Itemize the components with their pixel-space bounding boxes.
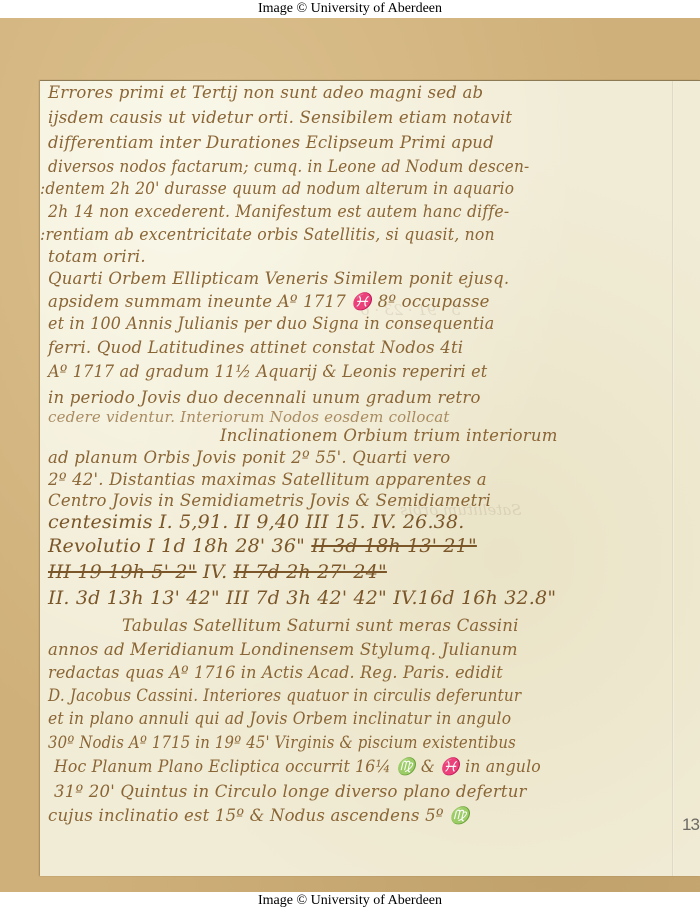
- struck-text: II 3d 18h 13' 21": [311, 535, 477, 557]
- mounting-board: 5 · 91 · 23 · 6 Satellitum orbis Errores…: [0, 18, 700, 892]
- manuscript-line-15-insertion: cedere videntur. Interiorum Nodos eosdem…: [48, 407, 450, 427]
- manuscript-line-3: differentiam inter Durationes Eclipseum …: [48, 133, 494, 153]
- manuscript-line-14: in periodo Jovis duo decennali unum grad…: [48, 388, 481, 408]
- manuscript-line-16: Inclinationem Orbium trium interiorum: [220, 426, 558, 446]
- manuscript-line-21: Revolutio I 1d 18h 28' 36" II 3d 18h 13'…: [48, 536, 477, 556]
- struck-text: II 7d 2h 27' 24": [234, 561, 387, 583]
- manuscript-line-8: totam oriri.: [48, 247, 146, 267]
- manuscript-line-6: 2h 14 non excederent. Manifestum est aut…: [48, 202, 509, 222]
- manuscript-line-13: Aº 1717 ad gradum 11½ Aquarij & Leonis r…: [48, 362, 487, 382]
- manuscript-line-23: II. 3d 13h 13' 42" III 7d 3h 42' 42" IV.…: [48, 588, 556, 608]
- manuscript-line-2: ijsdem causis ut videtur orti. Sensibile…: [48, 108, 512, 128]
- manuscript-line-20: centesimis I. 5,91. II 9,40 III 15. IV. …: [48, 512, 465, 532]
- manuscript-line-17: ad planum Orbis Jovis ponit 2º 55'. Quar…: [48, 448, 450, 468]
- image-credit-bottom: Image © University of Aberdeen: [0, 892, 700, 910]
- manuscript-line-1: Errores primi et Tertij non sunt adeo ma…: [48, 83, 483, 103]
- manuscript-line-32: cujus inclinatio est 15º & Nodus ascende…: [48, 806, 470, 826]
- manuscript-line-26: redactas quas Aº 1716 in Actis Acad. Reg…: [48, 663, 503, 683]
- struck-text: III 19 19h 5' 2": [48, 561, 197, 583]
- folio-number: 13: [682, 815, 699, 835]
- iv-label: IV.: [203, 561, 234, 583]
- manuscript-line-9: Quarti Orbem Ellipticam Veneris Similem …: [48, 269, 509, 289]
- manuscript-line-29: 30º Nodis Aº 1715 in 19º 45' Virginis & …: [48, 733, 516, 753]
- manuscript-line-7: :rentiam ab excentricitate orbis Satelli…: [40, 225, 495, 245]
- manuscript-line-19: Centro Jovis in Semidiametris Jovis & Se…: [48, 491, 491, 511]
- manuscript-line-27: D. Jacobus Cassini. Interiores quatuor i…: [48, 686, 521, 706]
- manuscript-line-31: 31º 20' Quintus in Circulo longe diverso…: [54, 782, 527, 802]
- manuscript-line-24: Tabulas Satellitum Saturni sunt meras Ca…: [122, 616, 519, 636]
- manuscript-line-22: III 19 19h 5' 2" IV. II 7d 2h 27' 24": [48, 562, 387, 582]
- manuscript-line-25: annos ad Meridianum Londinensem Stylumq.…: [48, 640, 518, 660]
- revolutio-text: Revolutio I 1d 18h 28' 36": [48, 535, 305, 557]
- manuscript-line-18: 2º 42'. Distantias maximas Satellitum ap…: [48, 470, 487, 490]
- manuscript-line-11: et in 100 Annis Julianis per duo Signa i…: [48, 314, 494, 334]
- manuscript-line-4: diversos nodos factarum; cumq. in Leone …: [48, 157, 529, 177]
- manuscript-page: 5 · 91 · 23 · 6 Satellitum orbis Errores…: [40, 80, 700, 876]
- manuscript-line-28: et in plano annuli qui ad Jovis Orbem in…: [48, 709, 511, 729]
- manuscript-line-10: apsidem summam ineunte Aº 1717 ♓ 8º occu…: [48, 292, 490, 312]
- manuscript-line-12: ferri. Quod Latitudines attinet constat …: [48, 338, 463, 358]
- image-credit-top: Image © University of Aberdeen: [0, 0, 700, 18]
- page-fold-line: [672, 81, 674, 876]
- manuscript-line-30: Hoc Planum Plano Ecliptica occurrit 16¼ …: [54, 757, 541, 777]
- manuscript-line-5: :dentem 2h 20' durasse quum ad nodum alt…: [40, 179, 514, 199]
